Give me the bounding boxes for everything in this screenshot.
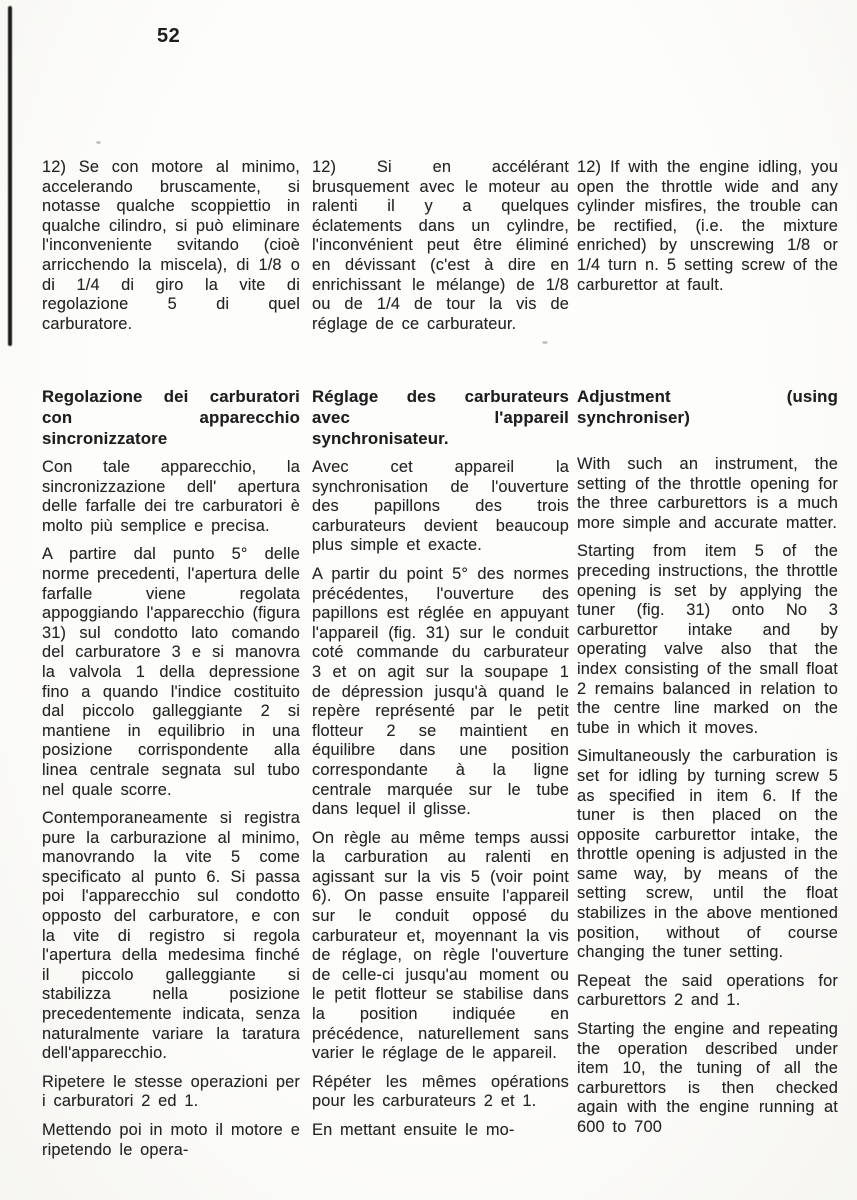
section-heading: Réglage des carburateurs avec l'appareil… [312, 386, 569, 449]
body-paragraph: Ripetere le stesse operazioni per i carb… [42, 1073, 300, 1112]
body-paragraph: With such an instrument, the setting of … [577, 455, 838, 533]
body-paragraph: Mettendo poi in moto il motore e ripeten… [42, 1121, 300, 1160]
column-english: 12) If with the engine idling, you open … [577, 158, 838, 1147]
scan-speck [96, 141, 101, 144]
section-heading: Regolazione dei carburatori con apparecc… [42, 386, 300, 449]
column-french: 12) Si en accélérant brusquement avec le… [312, 158, 569, 1150]
body-paragraph: Répéter les mêmes opérations pour les ca… [312, 1073, 569, 1112]
body-paragraph: Avec cet appareil la synchronisation de … [312, 458, 569, 556]
body-paragraph: A partir du point 5° des normes précéden… [312, 565, 569, 820]
section-heading: Adjustment (using synchroniser) [577, 386, 838, 446]
item-12-paragraph: 12) Se con motore al minimo, accelerando… [42, 158, 300, 377]
body-paragraph: En mettant ensuite le mo- [312, 1121, 569, 1141]
item-12-paragraph: 12) If with the engine idling, you open … [577, 158, 838, 377]
body-paragraph: A partire dal punto 5° delle norme prece… [42, 545, 300, 800]
item-12-paragraph: 12) Si en accélérant brusquement avec le… [312, 158, 569, 377]
body-paragraph: Simultaneously the carburation is set fo… [577, 747, 838, 963]
body-paragraph: On règle au même temps aussi la carburat… [312, 829, 569, 1064]
manual-page: 52 12) Se con motore al minimo, accelera… [0, 0, 857, 1200]
body-paragraph: Starting from item 5 of the preceding in… [577, 542, 838, 738]
page-number: 52 [157, 25, 180, 48]
body-paragraph: Contemporaneamente si registra pure la c… [42, 809, 300, 1064]
scan-artifact-line [8, 6, 12, 346]
column-italian: 12) Se con motore al minimo, accelerando… [42, 158, 300, 1169]
body-paragraph: Con tale apparecchio, la sincronizzazion… [42, 458, 300, 536]
body-paragraph: Repeat the said operations for carburett… [577, 972, 838, 1011]
body-paragraph: Starting the engine and repeating the op… [577, 1020, 838, 1138]
